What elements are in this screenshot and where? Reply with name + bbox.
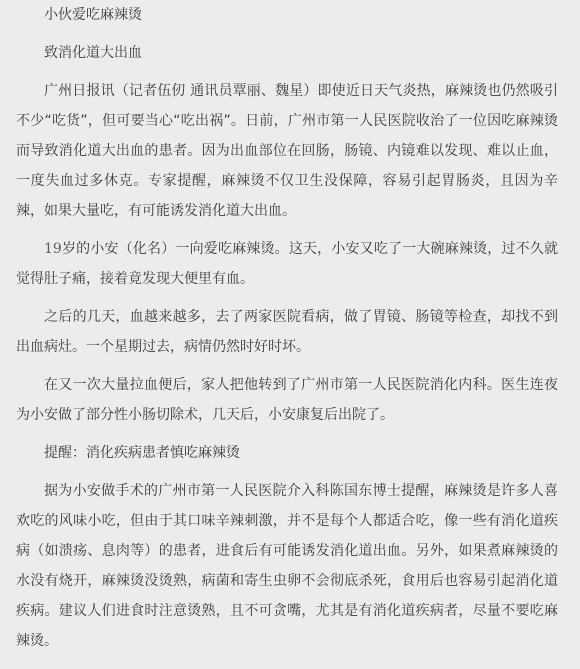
- article-paragraph-age: 19岁的小安（化名）一向爱吃麻辣烫。这天，小安又吃了一大碗麻辣烫，过不久就觉得肚…: [16, 234, 558, 294]
- article-body: 小伙爱吃麻辣烫 致消化道大出血 广州日报讯（记者伍仞 通讯员覃丽、魏星）即使近日…: [0, 0, 580, 669]
- article-paragraph: 之后的几天，血越来越多，去了两家医院看病，做了胃镜、肠镜等检查，却找不到出血病灶…: [16, 302, 558, 362]
- article-title-line-2: 致消化道大出血: [16, 38, 558, 68]
- article-paragraph: 在又一次大量拉血便后，家人把他转到了广州市第一人民医院消化内科。医生连夜为小安做…: [16, 370, 558, 430]
- article-paragraph: 据为小安做手术的广州市第一人民医院介入科陈国东博士提醒，麻辣烫是许多人喜欢吃的风…: [16, 476, 558, 656]
- article-title-line-1: 小伙爱吃麻辣烫: [16, 0, 558, 30]
- paragraph-text: 岁的小安（化名）一向爱吃麻辣烫。这天，小安又吃了一大碗麻辣烫，过不久就觉得肚子痛…: [16, 241, 558, 287]
- article-paragraph-lede: 广州日报讯（记者伍仞 通讯员覃丽、魏星）即使近日天气炎热，麻辣烫也仍然吸引不少“…: [16, 76, 558, 226]
- section-subheading: 提醒：消化疾病患者慎吃麻辣烫: [16, 438, 558, 468]
- age-number: 19: [44, 241, 62, 257]
